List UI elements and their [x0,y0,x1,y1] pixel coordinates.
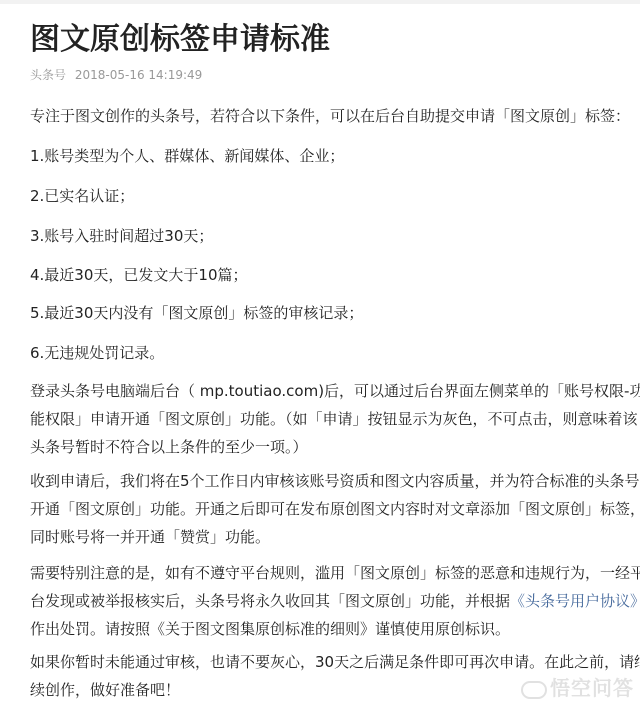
paragraph-line: 收到申请后，我们将在5个工作日内审核该账号资质和图文内容质量，并为符合标准的头条… [30,467,612,495]
intro-text: 专注于图文创作的头条号，若符合以下条件，可以在后台自助提交申请「图文原创」标签： [30,102,612,130]
paragraph-line: 需要特别注意的是，如有不遵守平台规则，滥用「图文原创」标签的恶意和违规行为，一经… [30,559,612,587]
review-paragraph: 收到申请后，我们将在5个工作日内审核该账号资质和图文内容质量，并为符合标准的头条… [30,467,612,551]
condition-text: 6.无违规处罚记录。 [30,339,612,367]
watermark: 悟空问答 [521,672,634,701]
paragraph-line: 作出处罚。请按照《关于图文图集原创标准的细则》谨慎使用原创标识。 [30,615,612,643]
condition-item: 5.最近30天内没有「图文原创」标签的审核记录； [30,299,612,327]
condition-text: 1.账号类型为个人、群媒体、新闻媒体、企业； [30,142,612,170]
condition-text: 3.账号入驻时间超过30天； [30,222,612,250]
login-paragraph: 登录头条号电脑端后台（ mp.toutiao.com)后，可以通过后台界面左侧菜… [30,377,612,461]
article-meta: 头条号 2018-05-16 14:19:49 [30,66,207,84]
paragraph-line: 能权限」申请开通「图文原创」功能。（如「申请」按钮显示为灰色，不可点击，则意味着… [30,405,612,433]
condition-text: 2.已实名认证； [30,182,612,210]
condition-item: 1.账号类型为个人、群媒体、新闻媒体、企业； [30,142,612,170]
paragraph-line: 台发现或被举报核实后，头条号将永久收回其「图文原创」功能，并根据《头条号用户协议… [30,587,612,615]
paragraph-text: 台发现或被举报核实后，头条号将永久收回其「图文原创」功能，并根据 [30,592,510,610]
condition-item: 2.已实名认证； [30,182,612,210]
source-label: 头条号 [30,68,66,82]
page-title: 图文原创标签申请标准 [30,20,330,60]
condition-text: 4.最近30天，已发文大于10篇； [30,261,612,289]
wukong-logo-icon [521,681,547,699]
condition-item: 3.账号入驻时间超过30天； [30,222,612,250]
paragraph-line: 头条号暂时不符合以上条件的至少一项。） [30,433,612,461]
intro-paragraph: 专注于图文创作的头条号，若符合以下条件，可以在后台自助提交申请「图文原创」标签： [30,102,612,130]
condition-item: 6.无违规处罚记录。 [30,339,612,367]
top-divider [0,0,640,4]
paragraph-line: 登录头条号电脑端后台（ mp.toutiao.com)后，可以通过后台界面左侧菜… [30,377,612,405]
user-agreement-link[interactable]: 《头条号用户协议》 [510,592,640,610]
paragraph-line: 同时账号将一并开通「赞赏」功能。 [30,523,612,551]
watermark-text: 悟空问答 [550,676,634,700]
publish-datetime: 2018-05-16 14:19:49 [75,68,202,82]
warning-paragraph: 需要特别注意的是，如有不遵守平台规则，滥用「图文原创」标签的恶意和违规行为，一经… [30,559,612,643]
condition-item: 4.最近30天，已发文大于10篇； [30,261,612,289]
condition-text: 5.最近30天内没有「图文原创」标签的审核记录； [30,299,612,327]
paragraph-line: 开通「图文原创」功能。开通之后即可在发布原创图文内容时对文章添加「图文原创」标签… [30,495,612,523]
